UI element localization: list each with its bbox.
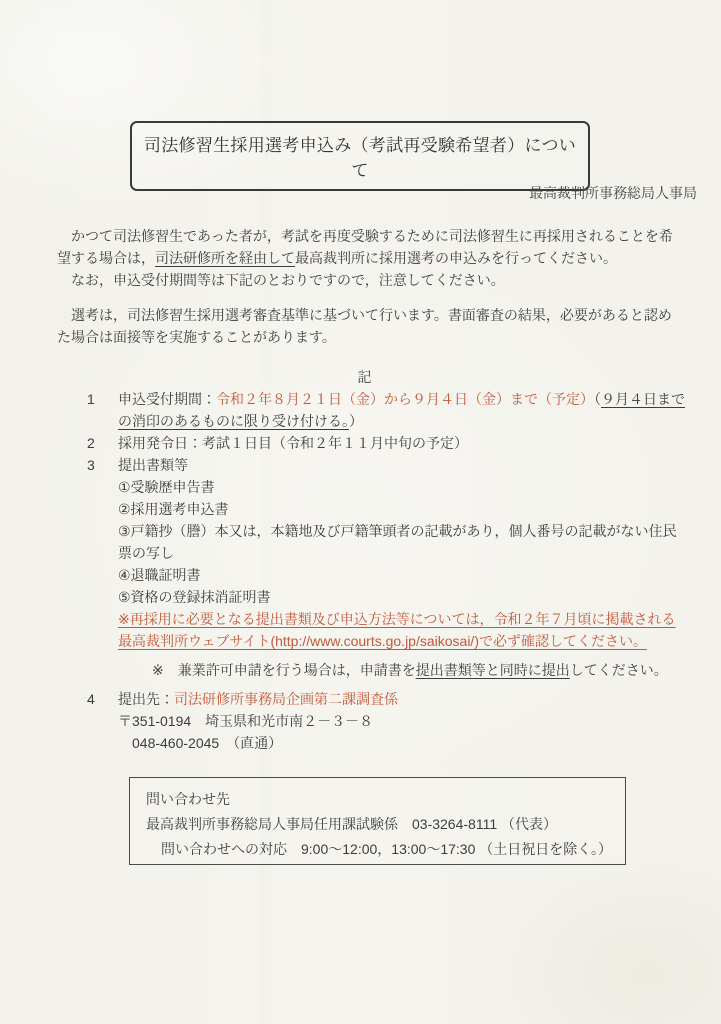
document-entry: ⑤資格の登録抹消証明書 [118, 586, 686, 608]
item-label: 申込受付期間： [118, 391, 216, 407]
notice-heading: 記 [57, 366, 673, 388]
item-label: 提出先： [118, 691, 174, 707]
contact-title: 問い合わせ先 [146, 787, 609, 812]
text-run: 最高裁判所に採用選考の申込みを行ってください。 [295, 250, 617, 266]
text-run: ※ 兼業許可申請を行う場合は，申請書を [152, 662, 416, 678]
item-number: 3 [87, 454, 118, 476]
documents-label: 提出書類等 [118, 454, 686, 476]
scanned-document-page: 司法修習生採用選考申込み（考試再受験希望者）について 最高裁判所事務総局人事局 … [0, 0, 721, 1024]
document-entry: ①受験歴申告書 [118, 476, 686, 498]
item-content: 申込受付期間：令和２年８月２１日（金）から９月４日（金）まで（予定）（９月４日ま… [118, 388, 686, 432]
item-number: 2 [87, 432, 118, 454]
list-item-documents: 3 提出書類等 ①受験歴申告書 ②採用選考申込書 ③戸籍抄（謄）本又は，本籍地及… [57, 454, 686, 652]
intro-paragraph-2: なお，申込受付期間等は下記のとおりですので，注意してください。 [57, 269, 675, 291]
title-box: 司法修習生採用選考申込み（考試再受験希望者）について [130, 121, 590, 191]
list-item-application-period: 1 申込受付期間：令和２年８月２１日（金）から９月４日（金）まで（予定）（９月４… [57, 388, 686, 432]
item-content: 提出先：司法研修所事務局企画第二課調査係 〒351-0194 埼玉県和光市南２－… [118, 688, 686, 754]
side-business-note: ※ 兼業許可申請を行う場合は，申請書を提出書類等と同時に提出してください。 [57, 659, 686, 681]
document-entry: ④退職証明書 [118, 564, 686, 586]
intro-section: かつて司法修習生であった者が，考試を再度受験するために司法修習生に再採用されるこ… [57, 225, 675, 348]
list-item-appointment-date: 2 採用発令日：考試１日目（令和２年１１月中旬の予定） [57, 432, 686, 454]
page-title: 司法修習生採用選考申込み（考試再受験希望者）について [144, 136, 576, 180]
contact-hours: 問い合わせへの対応 9:00～12:00，13:00～17:30 （土日祝日を除… [146, 837, 609, 862]
list-item-submission-destination: 4 提出先：司法研修所事務局企画第二課調査係 〒351-0194 埼玉県和光市南… [57, 688, 686, 754]
destination-office-name: 司法研修所事務局企画第二課調査係 [174, 691, 398, 707]
contact-box: 問い合わせ先 最高裁判所事務総局人事局任用課試験係 03-3264-8111 （… [129, 777, 626, 865]
author-line: 最高裁判所事務総局人事局 [0, 182, 697, 204]
text-run: （ [594, 391, 601, 407]
submit-together-underline: 提出書類等と同時に提出 [416, 662, 570, 678]
website-warning-text: ※再採用に必要となる提出書類及び申込方法等については，令和２年７月頃に掲載される… [118, 608, 686, 652]
text-run: してください。 [570, 662, 668, 678]
intro-paragraph-3: 選考は，司法修習生採用選考審査基準に基づいて行います。書面審査の結果，必要がある… [57, 304, 675, 348]
contact-office-phone: 最高裁判所事務総局人事局任用課試験係 03-3264-8111 （代表） [146, 812, 609, 837]
item-content: 提出書類等 ①受験歴申告書 ②採用選考申込書 ③戸籍抄（謄）本又は，本籍地及び戸… [118, 454, 686, 652]
destination-line: 提出先：司法研修所事務局企画第二課調査係 [118, 688, 686, 710]
notice-list: 1 申込受付期間：令和２年８月２１日（金）から９月４日（金）まで（予定）（９月４… [57, 388, 686, 754]
item-content: 採用発令日：考試１日目（令和２年１１月中旬の予定） [118, 432, 686, 454]
document-entry: ③戸籍抄（謄）本又は，本籍地及び戸籍筆頭者の記載があり，個人番号の記載がない住民… [118, 520, 686, 564]
underlined-text-via-institute: 司法研修所を経由して [155, 250, 295, 266]
document-entry: ②採用選考申込書 [118, 498, 686, 520]
text-run: ） [349, 413, 363, 429]
intro-paragraph-1: かつて司法修習生であった者が，考試を再度受験するために司法修習生に再採用されるこ… [57, 225, 675, 269]
application-period-dates: 令和２年８月２１日（金）から９月４日（金）まで（予定） [216, 391, 594, 407]
documents-sublist: ①受験歴申告書 ②採用選考申込書 ③戸籍抄（謄）本又は，本籍地及び戸籍筆頭者の記… [118, 476, 686, 608]
destination-address: 〒351-0194 埼玉県和光市南２－３－８ [118, 710, 686, 732]
item-number: 1 [87, 388, 118, 410]
destination-phone: 048-460-2045 （直通） [118, 732, 686, 754]
item-number: 4 [87, 688, 118, 710]
